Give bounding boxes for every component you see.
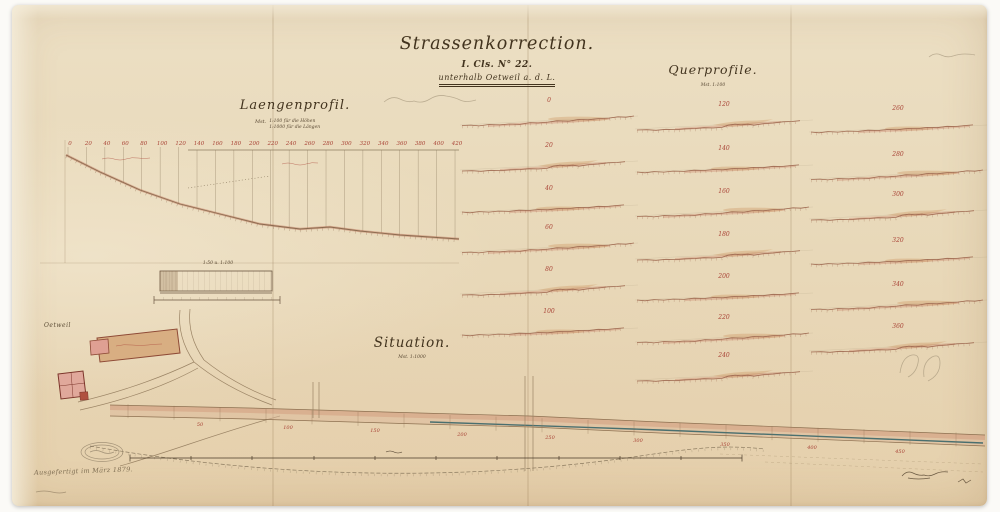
cross-profile-station: 340 xyxy=(809,281,987,290)
cross-profile: 160 xyxy=(635,188,813,226)
cross-profile-drawing xyxy=(460,197,638,223)
situation-station-label: 450 xyxy=(895,449,905,455)
situation-drawing xyxy=(20,306,986,506)
archive-mark xyxy=(36,491,66,493)
situation-station-label: 400 xyxy=(807,445,817,451)
querprofile-title: Querprofile. xyxy=(633,62,793,77)
scale-heights: 1:100 für die Höhen xyxy=(269,119,315,124)
cross-profile-drawing xyxy=(460,278,638,304)
cross-profile-drawing xyxy=(809,249,987,275)
cross-profile: 280 xyxy=(809,151,987,189)
situation-station-label: 350 xyxy=(720,442,730,448)
situation-station-label: 50 xyxy=(197,422,203,428)
cross-profile-drawing xyxy=(809,203,987,229)
cross-profile: 140 xyxy=(635,145,813,183)
cross-profile-drawing xyxy=(809,117,987,143)
cross-profile-station: 40 xyxy=(460,185,638,194)
wall-detail: 1:50 u. 1:100 xyxy=(152,261,284,311)
pencil-note-topright xyxy=(925,47,980,63)
cross-profile: 260 xyxy=(809,105,987,143)
cross-profile: 20 xyxy=(460,142,638,180)
cross-profile-station: 180 xyxy=(635,231,813,240)
cross-profile-drawing xyxy=(460,236,638,262)
cross-profile-station: 0 xyxy=(460,97,638,106)
cross-profile-drawing xyxy=(635,157,813,183)
cross-profile: 180 xyxy=(635,231,813,269)
cross-profile: 0 xyxy=(460,97,638,135)
cross-profile-station: 140 xyxy=(635,145,813,154)
situation-station-label: 300 xyxy=(633,438,643,444)
building-outbuilding xyxy=(80,392,89,401)
cross-profile-drawing xyxy=(460,154,638,180)
cross-profile-station: 120 xyxy=(635,101,813,110)
signature xyxy=(902,472,948,479)
situation-station-label: 200 xyxy=(457,432,467,438)
cross-profile-station: 280 xyxy=(809,151,987,160)
plan-title: Strassenkorrection. xyxy=(362,34,632,54)
situation-station-label: 150 xyxy=(370,428,380,434)
cross-profile-station: 200 xyxy=(635,273,813,282)
cross-profile-station: 60 xyxy=(460,224,638,233)
building-annex xyxy=(90,339,109,355)
plan-location-text: unterhalb Oetweil a. d. L. xyxy=(439,73,556,82)
wall-detail-drawing xyxy=(152,267,284,307)
cross-profile: 320 xyxy=(809,237,987,275)
cross-profile: 60 xyxy=(460,224,638,262)
plan-sheet: Strassenkorrection. I. Cls. N° 22. unter… xyxy=(12,5,987,506)
querprofile-scale-note: Mst. 1:100 xyxy=(633,83,793,88)
cross-profile: 80 xyxy=(460,266,638,304)
cross-profile-drawing xyxy=(635,243,813,269)
cross-profile-drawing xyxy=(460,109,638,135)
cross-profile: 120 xyxy=(635,101,813,139)
cross-profile: 40 xyxy=(460,185,638,223)
cross-profile: 300 xyxy=(809,191,987,229)
pencil-note-right xyxy=(890,343,948,388)
situation-station-label: 250 xyxy=(545,435,555,441)
cross-profile-drawing xyxy=(635,113,813,139)
situation-station-label: 100 xyxy=(283,425,293,431)
laengenprofil-drawing xyxy=(38,130,468,270)
village-roads xyxy=(78,309,280,466)
cross-profile-drawing xyxy=(809,163,987,189)
cross-profile-station: 320 xyxy=(809,237,987,246)
cross-profile-station: 80 xyxy=(460,266,638,275)
cross-profile-station: 20 xyxy=(460,142,638,151)
cross-profile-station: 300 xyxy=(809,191,987,200)
cross-profile-station: 260 xyxy=(809,105,987,114)
plan-location-line: unterhalb Oetweil a. d. L. xyxy=(362,73,632,87)
cross-profile-drawing xyxy=(635,200,813,226)
laengenprofil-title: Laengenprofil. xyxy=(230,98,360,113)
cross-profile-station: 160 xyxy=(635,188,813,197)
plan-class-line: I. Cls. N° 22. xyxy=(362,60,632,70)
